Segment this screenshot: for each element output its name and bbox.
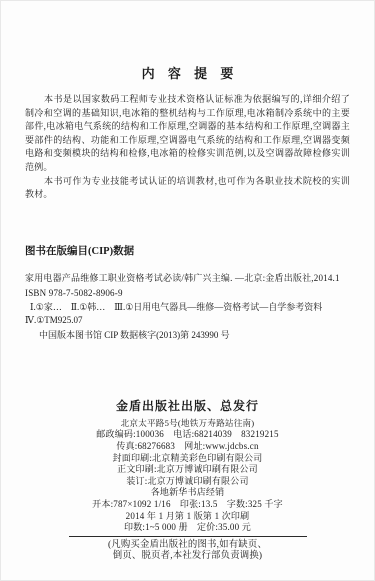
cip-data-section: 图书在版编目(CIP)数据 家用电器产品维修工职业资格考试必读/韩广兴主编. —… bbox=[25, 243, 350, 341]
content-summary-section: 内 容 提 要 本书是以国家数码工程师专业技术资格认证标准为依据编写的,详细介绍… bbox=[25, 1, 350, 202]
cip-record-number: 中国版本图书馆 CIP 数据核字(2013)第 243990 号 bbox=[25, 328, 350, 341]
cip-classification-line-2: Ⅳ.①TM925.07 bbox=[25, 314, 350, 328]
colophon-section: 金盾出版社出版、总发行 北京太平路5号(地铁万寿路站往南) 邮政编码:10003… bbox=[25, 397, 350, 562]
distribution-line: 各地新华书店经销 bbox=[25, 487, 350, 499]
print-run-and-price: 印数:1~5 000 册 定价:35.00 元 bbox=[25, 522, 350, 534]
fax-and-website: 传真:68276683 网址:www.jdcbs.cn bbox=[25, 441, 350, 453]
book-copyright-page: 内 容 提 要 本书是以国家数码工程师专业技术资格认证标准为依据编写的,详细介绍… bbox=[0, 0, 375, 581]
cover-printer: 封面印刷:北京精美彩色印刷有限公司 bbox=[25, 453, 350, 465]
divider-line bbox=[69, 536, 307, 537]
postal-code-and-phone: 邮政编码:100036 电话:68214039 83219215 bbox=[25, 429, 350, 441]
cip-classification-line-1: Ⅰ.①家… Ⅱ.①韩… Ⅲ.①日用电气器具—维修—资格考试—自学参考资料 bbox=[25, 301, 350, 315]
return-policy-notice: (凡购买金盾出版社的图书,如有缺页、 倒页、脱页者,本社发行部负责调换) bbox=[25, 540, 350, 562]
notice-line-1: (凡购买金盾出版社的图书,如有缺页、 bbox=[25, 540, 350, 551]
summary-paragraph-1: 本书是以国家数码工程师专业技术资格认证标准为依据编写的,详细介绍了制冷和空调的基… bbox=[25, 93, 350, 175]
format-line: 开本:787×1092 1/16 印张:13.5 字数:325 千字 bbox=[25, 499, 350, 511]
publisher-heading: 金盾出版社出版、总发行 bbox=[25, 397, 350, 414]
summary-paragraph-2: 本书可作为专业技能考试认证的培训教材,也可作为各职业技术院校的实训教材。 bbox=[25, 175, 350, 202]
cip-catalog-entry: 家用电器产品维修工职业资格考试必读/韩广兴主编. —北京:金盾出版社,2014.… bbox=[25, 271, 350, 286]
content-summary-title: 内 容 提 要 bbox=[25, 63, 350, 82]
binding-company: 装订:北京万博诚印刷有限公司 bbox=[25, 476, 350, 488]
edition-line: 2014 年 1 月第 1 版第 1 次印刷 bbox=[25, 511, 350, 523]
cip-heading: 图书在版编目(CIP)数据 bbox=[25, 243, 350, 258]
notice-line-2: 倒页、脱页者,本社发行部负责调换) bbox=[25, 551, 350, 562]
cip-isbn: ISBN 978-7-5082-8906-9 bbox=[25, 286, 350, 301]
publisher-address: 北京太平路5号(地铁万寿路站往南) bbox=[25, 418, 350, 430]
text-printer: 正文印刷:北京万博诚印刷有限公司 bbox=[25, 464, 350, 476]
